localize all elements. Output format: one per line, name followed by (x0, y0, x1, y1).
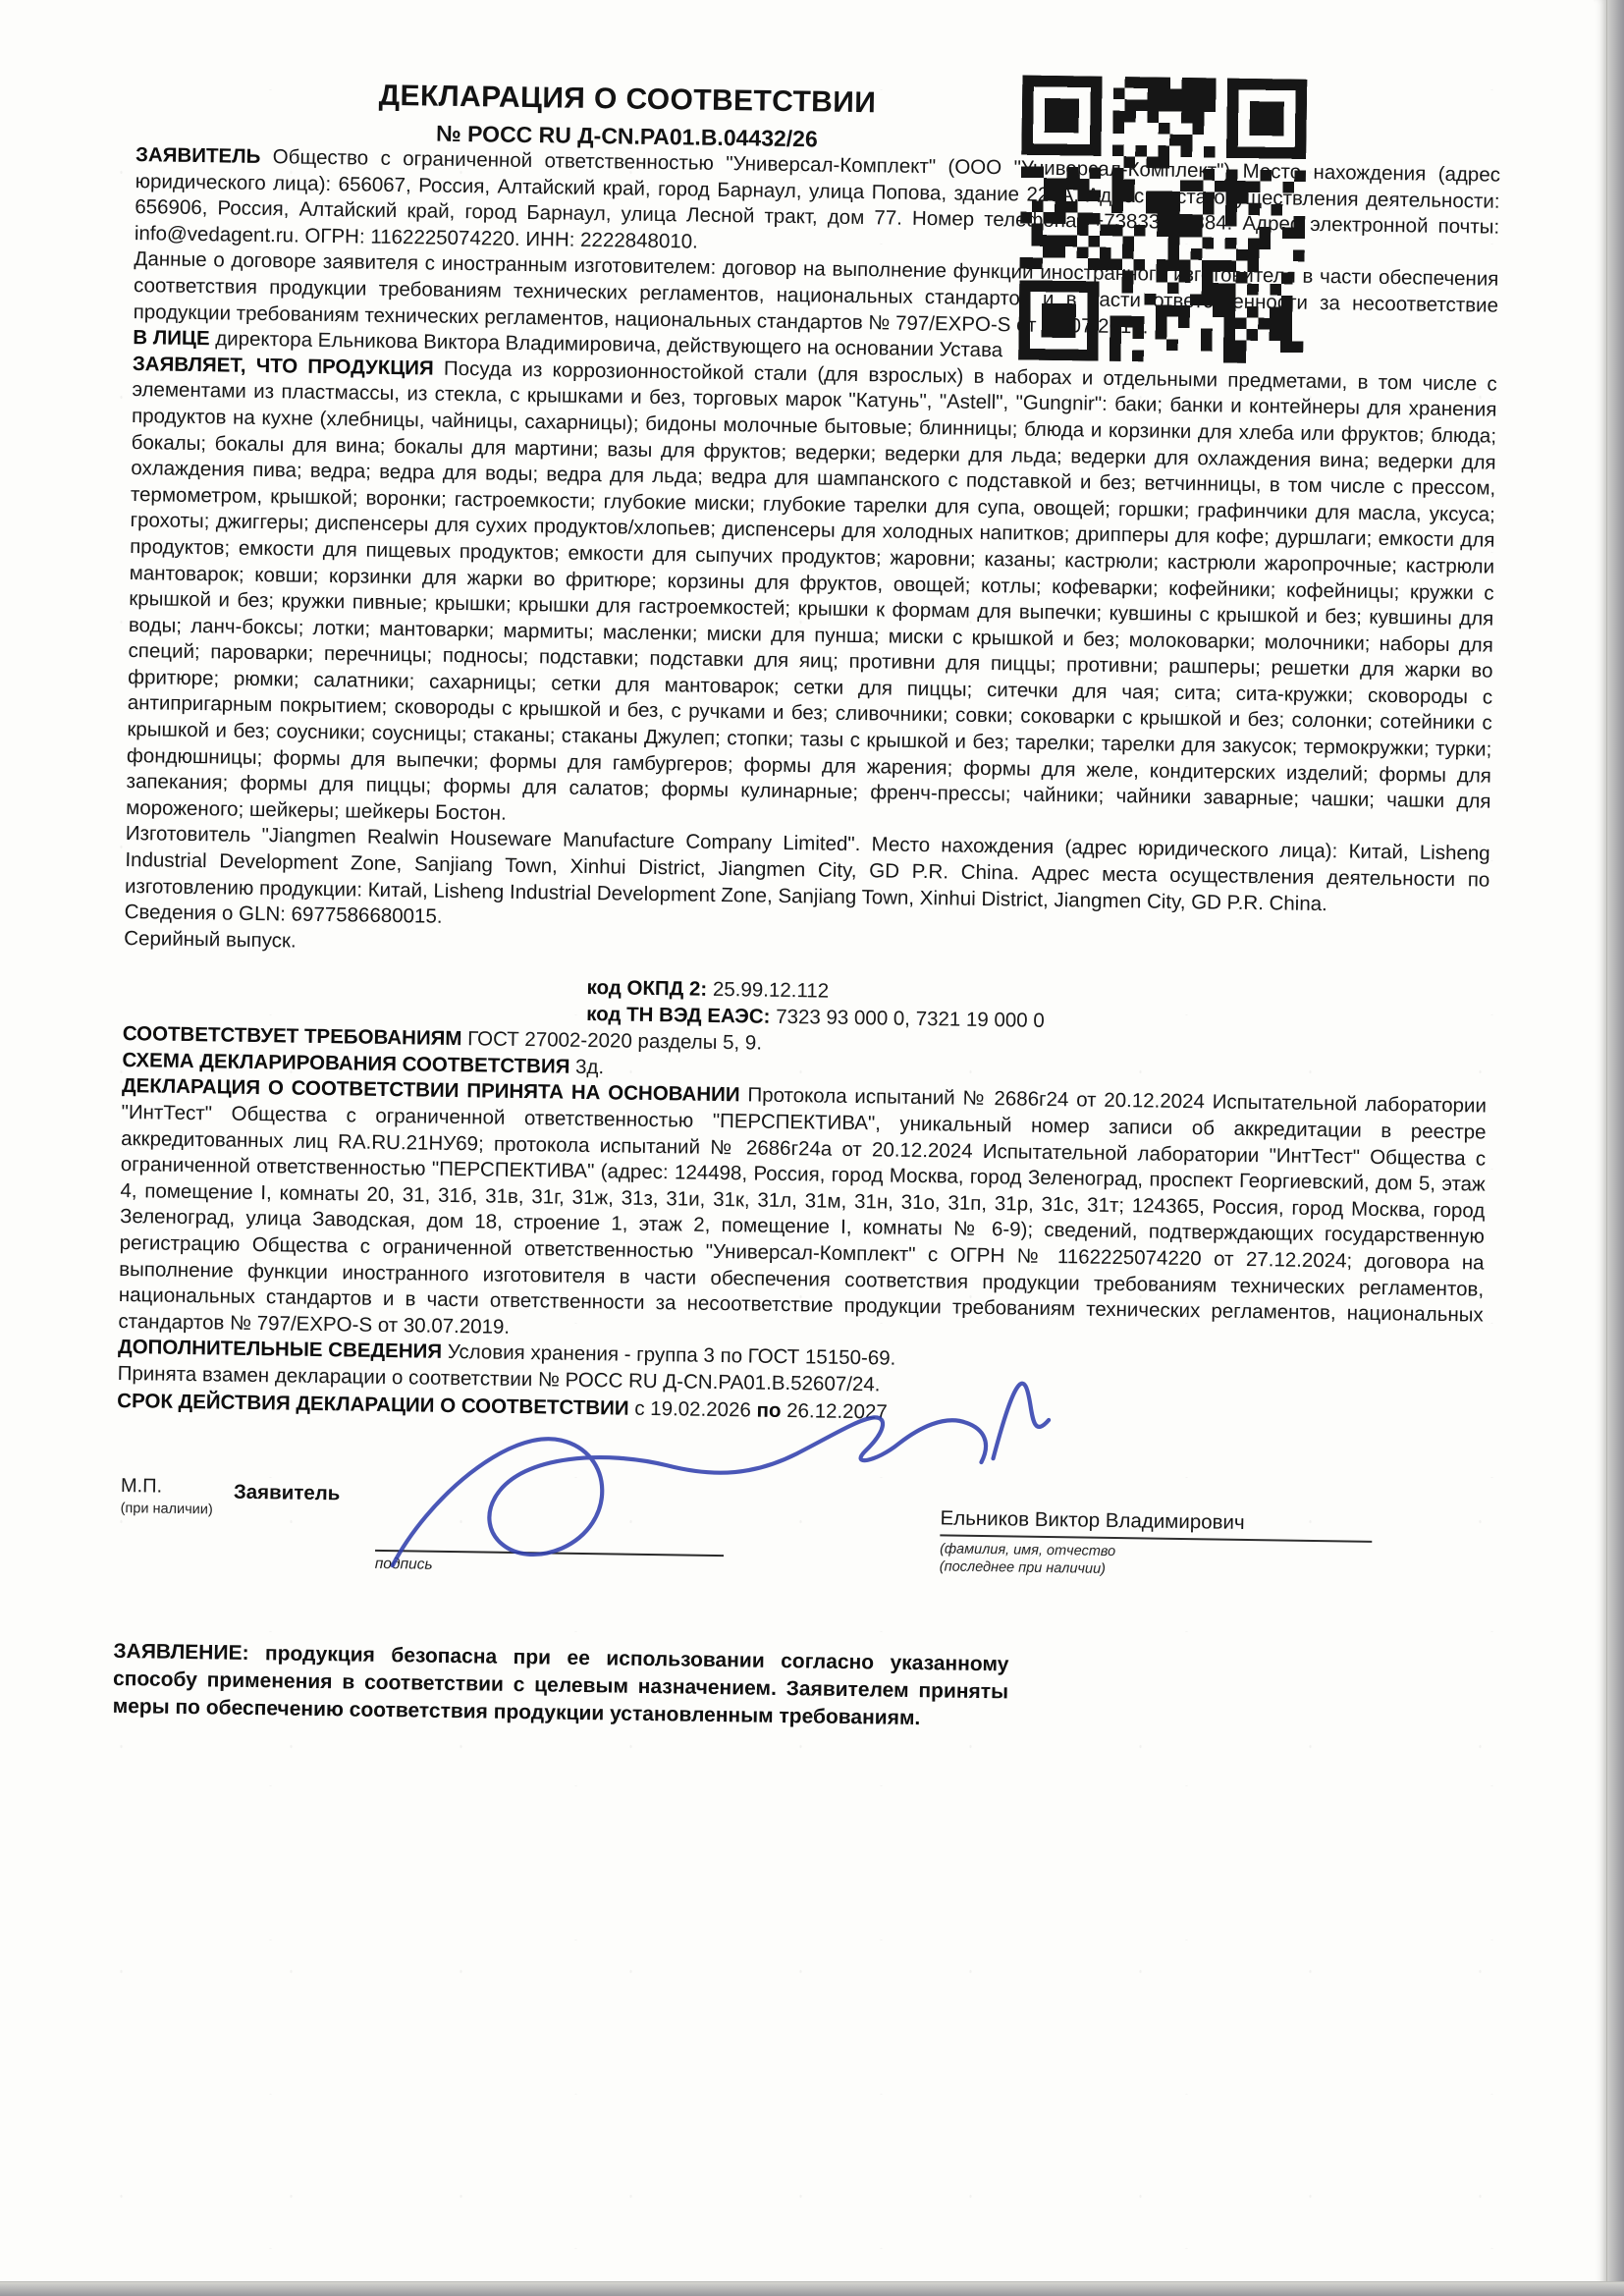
stamp-place-note: (при наличии) (121, 1501, 229, 1518)
tnved-value: 7323 93 000 0, 7321 19 000 0 (776, 1006, 1045, 1032)
validity-to-label: по (756, 1398, 781, 1421)
statement-paragraph: ЗАЯВЛЕНИЕ: продукция безопасна при ее ис… (112, 1637, 1008, 1733)
tnved-label: код ТН ВЭД ЕАЭС: (586, 1003, 771, 1028)
in-person-label: В ЛИЦЕ (133, 326, 210, 350)
applicant-label: ЗАЯВИТЕЛЬ (135, 143, 261, 168)
scheme-text: 3д. (575, 1056, 604, 1078)
stamp-place-label: М.П. (121, 1475, 229, 1500)
stamp-place-block: М.П. (при наличии) (114, 1468, 229, 1590)
signature-row: М.П. (при наличии) Заявитель подпись (114, 1468, 1481, 1609)
declares-label: ЗАЯВЛЯЕТ, ЧТО ПРОДУКЦИЯ (133, 353, 434, 380)
scan-bottom-edge (0, 2281, 1624, 2296)
additional-text: Условия хранения - группа 3 по ГОСТ 1515… (448, 1340, 896, 1370)
statement-label: ЗАЯВЛЕНИЕ: (113, 1639, 248, 1664)
basis-paragraph: ДЕКЛАРАЦИЯ О СООТВЕТСТВИИ ПРИНЯТА НА ОСН… (118, 1073, 1487, 1355)
signature-area: подпись (374, 1472, 725, 1597)
additional-label: ДОПОЛНИТЕЛЬНЫЕ СВЕДЕНИЯ (118, 1336, 442, 1363)
validity-from-date: 19.02.2026 (650, 1397, 751, 1422)
signer-name: Ельников Виктор Владимирович (940, 1506, 1372, 1543)
basis-text: Протокола испытаний № 2686г24 от 20.12.2… (118, 1084, 1487, 1339)
complies-label: СООТВЕТСТВУЕТ ТРЕБОВАНИЯМ (123, 1022, 462, 1050)
validity-label: СРОК ДЕЙСТВИЯ ДЕКЛАРАЦИИ О СООТВЕТСТВИИ (117, 1389, 629, 1419)
okpd-value: 25.99.12.112 (713, 978, 830, 1003)
signer-name-caption: (фамилия, имя, отчество(последнее при на… (940, 1540, 1372, 1582)
product-list-text: Посуда из коррозионностойкой стали (для … (126, 357, 1497, 825)
applicant-signer-block: Заявитель (232, 1470, 371, 1592)
signer-name-caption-line2: (последнее при наличии) (940, 1558, 1106, 1577)
signature-caption: подпись (375, 1555, 724, 1577)
statement-block: ЗАЯВЛЕНИЕ: продукция безопасна при ее ис… (112, 1637, 1008, 1733)
scan-right-edge (1606, 0, 1624, 2296)
complies-text: ГОСТ 27002-2020 разделы 5, 9. (467, 1028, 762, 1055)
applicant-signer-label: Заявитель (234, 1480, 371, 1505)
paper-edge-shadow (1594, 0, 1607, 2296)
qr-code-icon (1018, 75, 1307, 363)
page-title: ДЕКЛАРАЦИЯ О СООТВЕТСТВИИ (136, 76, 1118, 124)
signer-name-caption-line1: (фамилия, имя, отчество (940, 1541, 1115, 1559)
document-body: ЗАЯВИТЕЛЬ Общество с ограниченной ответс… (112, 142, 1500, 1740)
scanned-declaration-page: ДЕКЛАРАЦИЯ О СООТВЕТСТВИИ № РОСС RU Д-CN… (0, 0, 1624, 2296)
product-paragraph: ЗАЯВЛЯЕТ, ЧТО ПРОДУКЦИЯ Посуда из корроз… (126, 352, 1497, 842)
okpd-label: код ОКПД 2: (586, 976, 707, 1001)
document-content: ДЕКЛАРАЦИЯ О СООТВЕТСТВИИ № РОСС RU Д-CN… (14, 24, 1501, 1740)
signer-name-block: Ельников Виктор Владимирович (фамилия, и… (939, 1481, 1373, 1608)
validity-from-label: с (634, 1396, 645, 1419)
validity-to-date: 26.12.2027 (786, 1399, 888, 1424)
